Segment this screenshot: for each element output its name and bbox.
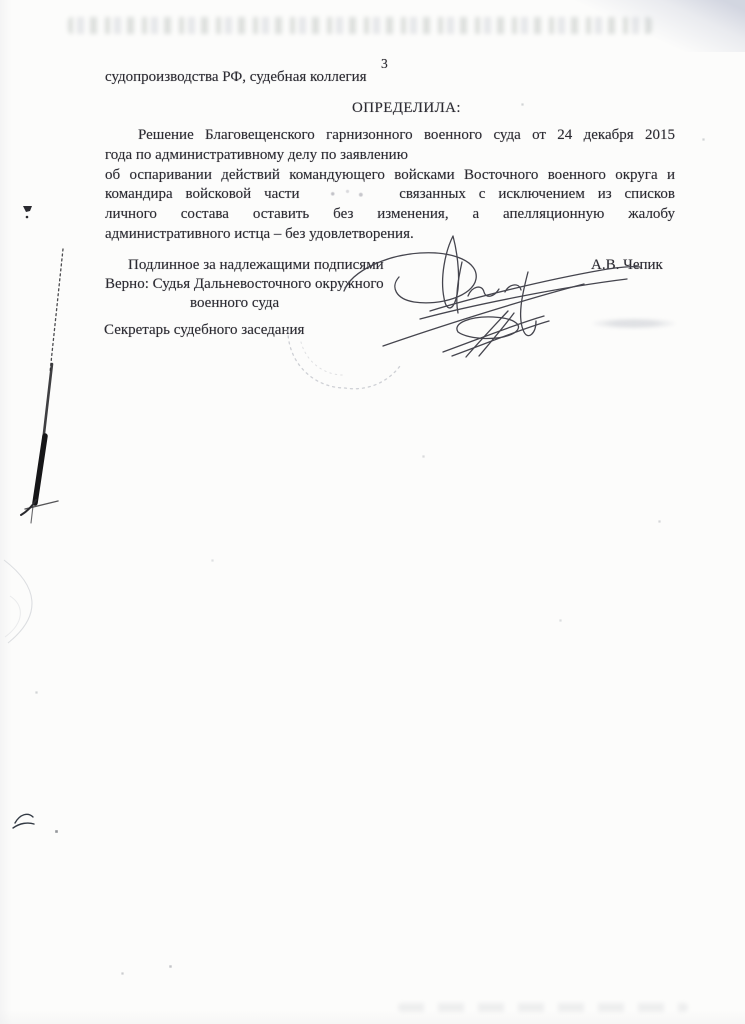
bleed-through-text-band <box>68 17 652 34</box>
ruling-line: Решение Благовещенского гарнизонного вое… <box>105 126 675 146</box>
carryover-text: судопроизводства РФ, судебная коллегия <box>105 68 367 88</box>
secretary-line: Секретарь судебного заседания <box>104 321 304 341</box>
pen-scribble-mark <box>13 814 34 828</box>
fold-streak-artifact <box>21 249 63 523</box>
secretary-signature <box>443 311 549 357</box>
ruling-line: об оспаривании действий командующего вой… <box>105 166 675 186</box>
redacted-unit-number-gap <box>312 187 386 198</box>
verification-line-2: военного суда <box>190 294 279 314</box>
verification-line: Верно: Судья Дальневосточного окружного <box>105 275 384 295</box>
judge-signature <box>344 236 640 346</box>
scan-corner-shadow <box>575 0 745 52</box>
ruling-line-before-redaction: командира войсковой части <box>105 186 300 202</box>
scan-noise-smudge <box>398 1003 688 1012</box>
page-number: 3 <box>381 54 388 74</box>
ink-blot-mark <box>23 206 32 218</box>
faint-ink-smudge <box>592 318 676 329</box>
ruling-line: года по административному делу по заявле… <box>105 146 675 166</box>
resolution-heading: ОПРЕДЕЛИЛА: <box>352 99 461 119</box>
dust-specks <box>0 0 1 1</box>
court-stamp-imprint <box>288 330 400 389</box>
ruling-paragraph: Решение Благовещенского гарнизонного вое… <box>105 126 675 245</box>
crease-arc-artifact <box>4 560 32 643</box>
authenticity-line: Подлинное за надлежащими подписями <box>128 256 384 276</box>
scanned-court-document-page: 3 судопроизводства РФ, судебная коллегия… <box>0 0 745 1024</box>
judge-name: А.В. Чепик <box>591 256 663 276</box>
ruling-line: личного состава оставить без изменения, … <box>105 205 675 225</box>
ruling-line: административного истца – без удовлетвор… <box>105 225 675 245</box>
ruling-line-with-redaction: командира войсковой части связанных с ис… <box>105 185 675 205</box>
ruling-line-after-redaction: связанных с исключением из списков <box>399 186 675 202</box>
